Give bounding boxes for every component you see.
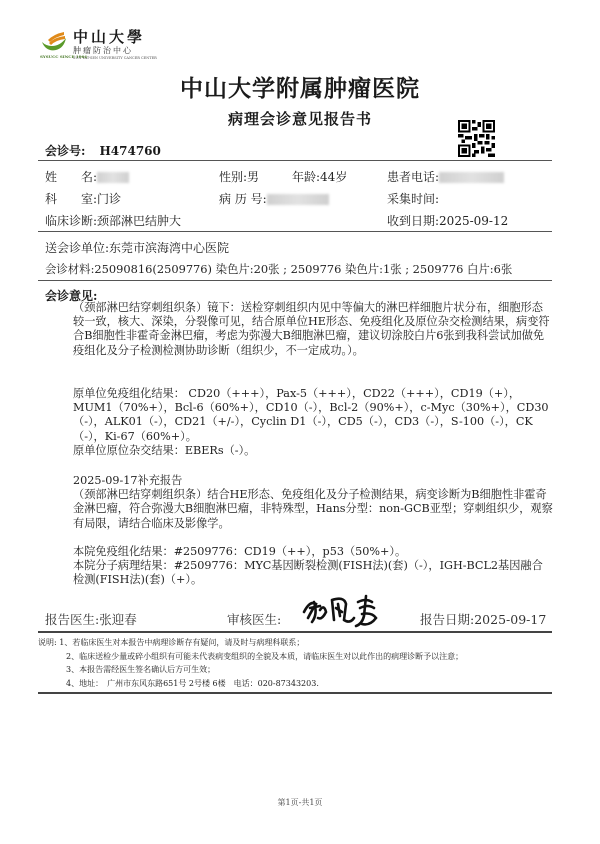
notes-section: 说明: 1、若临床医生对本报告中病理诊断存有疑问，请及时与病理科联系； 2、临床… <box>38 636 558 690</box>
page-indicator: 第1页-共1页 <box>0 797 600 808</box>
case-number-value: H474760 <box>99 144 160 158</box>
consultation-material: 会诊材料:25090816(2509776) 染色片:20张 ; 2509776… <box>45 261 512 277</box>
reporter-label: 报告医生: <box>45 612 99 627</box>
local-molecular-text: 本院分子病理结果：#2509776：MYC基因断裂检测(FISH法)(套)（-）… <box>73 559 553 587</box>
gender-label: 性别: <box>219 170 247 184</box>
hospital-name: 中山大学附属肿瘤医院 <box>0 70 600 103</box>
patient-name-value-redacted <box>97 172 129 183</box>
received-label: 收到日期: <box>387 214 439 228</box>
collection-time: 采集时间: <box>387 190 439 207</box>
handwritten-signature-icon <box>300 590 390 630</box>
report-date: 报告日期:2025-09-17 <box>420 610 546 628</box>
patient-gender: 性别:男 <box>219 168 259 185</box>
note-text: 4、地址： 广州市东风东路651号 2号楼 6楼 电话：020-87343203… <box>66 679 319 688</box>
divider <box>38 231 552 232</box>
divider <box>38 160 552 161</box>
reviewing-doctor: 审核医生: <box>227 610 281 628</box>
patient-phone: 患者电话: <box>387 168 504 185</box>
clinical-diagnosis: 临床诊断:颈部淋巴结肿大 <box>45 212 181 229</box>
material-value: 25090816(2509776) 染色片:20张 ; 2509776 染色片:… <box>94 262 512 276</box>
department-value: 门诊 <box>97 192 121 206</box>
note-item: 2、临床送检少量或碎小组织有可能未代表病变组织的全貌及本质，请临床医生对以此作出… <box>38 650 558 664</box>
microscopy-findings: （颈部淋巴结穿刺组织条）镜下：送检穿刺组织内见中等偏大的淋巴样细胞片状分布，细胞… <box>73 301 553 358</box>
note-item: 3、本报告需经医生签名确认后方可生效； <box>38 663 558 677</box>
phone-label: 患者电话: <box>387 170 439 184</box>
report-title: 病理会诊意见报告书 <box>0 108 600 129</box>
received-date: 收到日期:2025-09-12 <box>387 212 508 229</box>
supplement-title: 2025-09-17补充报告 <box>73 474 553 488</box>
hospital-logo: 中山大學 肿瘤防治中心 SUN YAT-SEN UNIVERSITY CANCE… <box>40 24 150 64</box>
divider <box>38 280 552 281</box>
reporter-name: 张迎春 <box>99 612 137 627</box>
divider <box>38 631 552 633</box>
original-ihc-results: 原单位免疫组化结果： CD20（+++），Pax-5（+++），CD22（+++… <box>73 387 553 458</box>
patient-name-label: 姓 名: <box>45 170 97 184</box>
material-label: 会诊材料: <box>45 262 94 276</box>
note-text: 2、临床送检少量或碎小组织有可能未代表病变组织的全貌及本质，请临床医生对以此作出… <box>66 652 463 661</box>
original-ish-text: 原单位原位杂交结果：EBERs（-）。 <box>73 444 553 458</box>
diagnosis-value: 颈部淋巴结肿大 <box>97 214 181 228</box>
local-ihc-text: 本院免疫组化结果：#2509776：CD19（++），p53（50%+）。 <box>73 545 553 559</box>
unit-label: 送会诊单位: <box>45 241 109 255</box>
case-number-label: 会诊号: <box>45 144 85 158</box>
supplementary-report: 2025-09-17补充报告 （颈部淋巴结穿刺组织条）结合HE形态、免疫组化及分… <box>73 474 553 531</box>
patient-department: 科 室:门诊 <box>45 190 121 207</box>
age-label: 年龄: <box>292 170 320 184</box>
phone-value-redacted <box>439 172 504 183</box>
record-value-redacted <box>267 194 329 205</box>
note-text: 3、本报告需经医生签名确认后方可生效； <box>66 665 215 674</box>
received-value: 2025-09-12 <box>439 214 508 228</box>
report-date-label: 报告日期: <box>420 612 474 627</box>
logo-emblem-icon <box>40 30 68 54</box>
gender-value: 男 <box>247 170 259 184</box>
record-label: 病 历 号: <box>219 192 267 206</box>
case-number: 会诊号:H474760 <box>45 142 161 159</box>
diagnosis-label: 临床诊断: <box>45 214 97 228</box>
opinion-paragraph: （颈部淋巴结穿刺组织条）镜下：送检穿刺组织内见中等偏大的淋巴样细胞片状分布，细胞… <box>73 301 553 358</box>
qr-code-icon <box>458 120 495 157</box>
patient-age: 年龄:44岁 <box>292 168 347 185</box>
note-text: 1、若临床医生对本报告中病理诊断存有疑问，请及时与病理科联系； <box>59 638 304 647</box>
logo-chinese-name: 中山大學 <box>73 26 145 47</box>
collect-label: 采集时间: <box>387 192 439 206</box>
divider <box>38 692 552 694</box>
reviewer-label: 审核医生: <box>227 612 281 627</box>
report-date-value: 2025-09-17 <box>474 612 546 627</box>
logo-tag: SYSUCC SINCE 1964 <box>40 54 87 59</box>
note-item: 说明: 1、若临床医生对本报告中病理诊断存有疑问，请及时与病理科联系； <box>38 636 558 650</box>
age-value: 44岁 <box>320 170 347 184</box>
department-label: 科 室: <box>45 192 97 206</box>
patient-name: 姓 名: <box>45 168 129 185</box>
medical-record-number: 病 历 号: <box>219 190 329 207</box>
local-results: 本院免疫组化结果：#2509776：CD19（++），p53（50%+）。 本院… <box>73 545 553 588</box>
submitting-unit: 送会诊单位:东莞市滨海湾中心医院 <box>45 239 229 256</box>
original-ihc-text: 原单位免疫组化结果： CD20（+++），Pax-5（+++），CD22（+++… <box>73 387 553 444</box>
supplement-text: （颈部淋巴结穿刺组织条）结合HE形态、免疫组化及分子检测结果，病变诊断为B细胞性… <box>73 488 553 531</box>
unit-value: 东莞市滨海湾中心医院 <box>109 241 229 255</box>
note-item: 4、地址： 广州市东风东路651号 2号楼 6楼 电话：020-87343203… <box>38 677 558 691</box>
notes-label: 说明: <box>38 638 57 647</box>
reporting-doctor: 报告医生:张迎春 <box>45 610 137 628</box>
